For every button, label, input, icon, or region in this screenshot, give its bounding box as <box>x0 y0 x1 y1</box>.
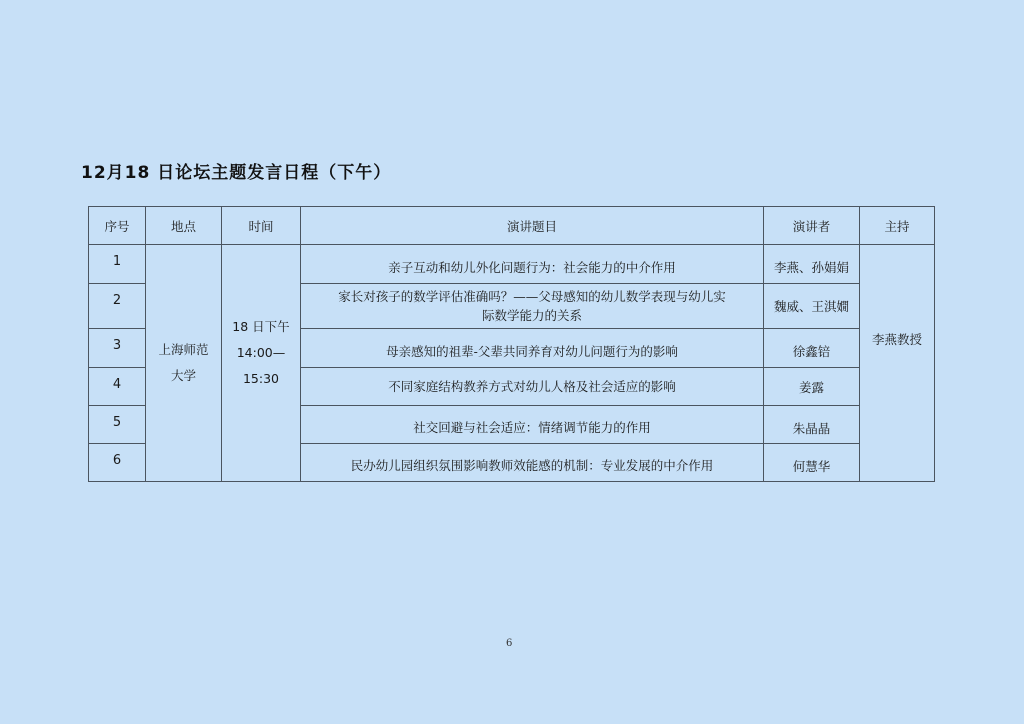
speaker-cell: 何慧华 <box>764 444 860 482</box>
topic-cell: 不同家庭结构教养方式对幼儿人格及社会适应的影响 <box>301 368 764 406</box>
time-line: 18 日下午 <box>226 314 296 340</box>
page-title: 12月18 日论坛主题发言日程（下午） <box>81 158 391 183</box>
speaker-cell: 姜露 <box>764 368 860 406</box>
speaker-cell: 徐鑫锫 <box>764 329 860 368</box>
row-number: 4 <box>89 368 146 406</box>
time-cell: 18 日下午 14:00— 15:30 <box>222 245 301 482</box>
table-row: 1 上海师范 大学 18 日下午 14:00— 15:30 亲子互动和幼儿外化问… <box>89 245 935 284</box>
location-line: 上海师范 <box>150 337 217 363</box>
row-number: 3 <box>89 329 146 368</box>
header-number: 序号 <box>89 207 146 245</box>
topic-cell: 社交回避与社会适应：情绪调节能力的作用 <box>301 406 764 444</box>
header-speaker: 演讲者 <box>764 207 860 245</box>
time-line: 15:30 <box>226 366 296 392</box>
header-time: 时间 <box>222 207 301 245</box>
row-number: 1 <box>89 245 146 284</box>
row-number: 6 <box>89 444 146 482</box>
host-cell: 李燕教授 <box>860 245 935 482</box>
topic-cell: 家长对孩子的数学评估准确吗？——父母感知的幼儿数学表现与幼儿实 际数学能力的关系 <box>301 284 764 329</box>
header-topic: 演讲题目 <box>301 207 764 245</box>
time-line: 14:00— <box>226 340 296 366</box>
location-line: 大学 <box>150 363 217 389</box>
table-header-row: 序号 地点 时间 演讲题目 演讲者 主持 <box>89 207 935 245</box>
speaker-cell: 李燕、孙娟娟 <box>764 245 860 284</box>
topic-line: 家长对孩子的数学评估准确吗？——父母感知的幼儿数学表现与幼儿实 <box>305 287 759 306</box>
topic-cell: 民办幼儿园组织氛围影响教师效能感的机制：专业发展的中介作用 <box>301 444 764 482</box>
topic-cell: 母亲感知的祖辈-父辈共同养育对幼儿问题行为的影响 <box>301 329 764 368</box>
topic-line: 际数学能力的关系 <box>305 306 759 325</box>
speaker-cell: 魏威、王淇嫺 <box>764 284 860 329</box>
schedule-table: 序号 地点 时间 演讲题目 演讲者 主持 1 上海师范 大学 18 日下午 14… <box>88 206 935 482</box>
speaker-cell: 朱晶晶 <box>764 406 860 444</box>
location-cell: 上海师范 大学 <box>146 245 222 482</box>
page-number: 6 <box>506 638 512 649</box>
row-number: 2 <box>89 284 146 329</box>
header-host: 主持 <box>860 207 935 245</box>
header-location: 地点 <box>146 207 222 245</box>
row-number: 5 <box>89 406 146 444</box>
topic-cell: 亲子互动和幼儿外化问题行为：社会能力的中介作用 <box>301 245 764 284</box>
